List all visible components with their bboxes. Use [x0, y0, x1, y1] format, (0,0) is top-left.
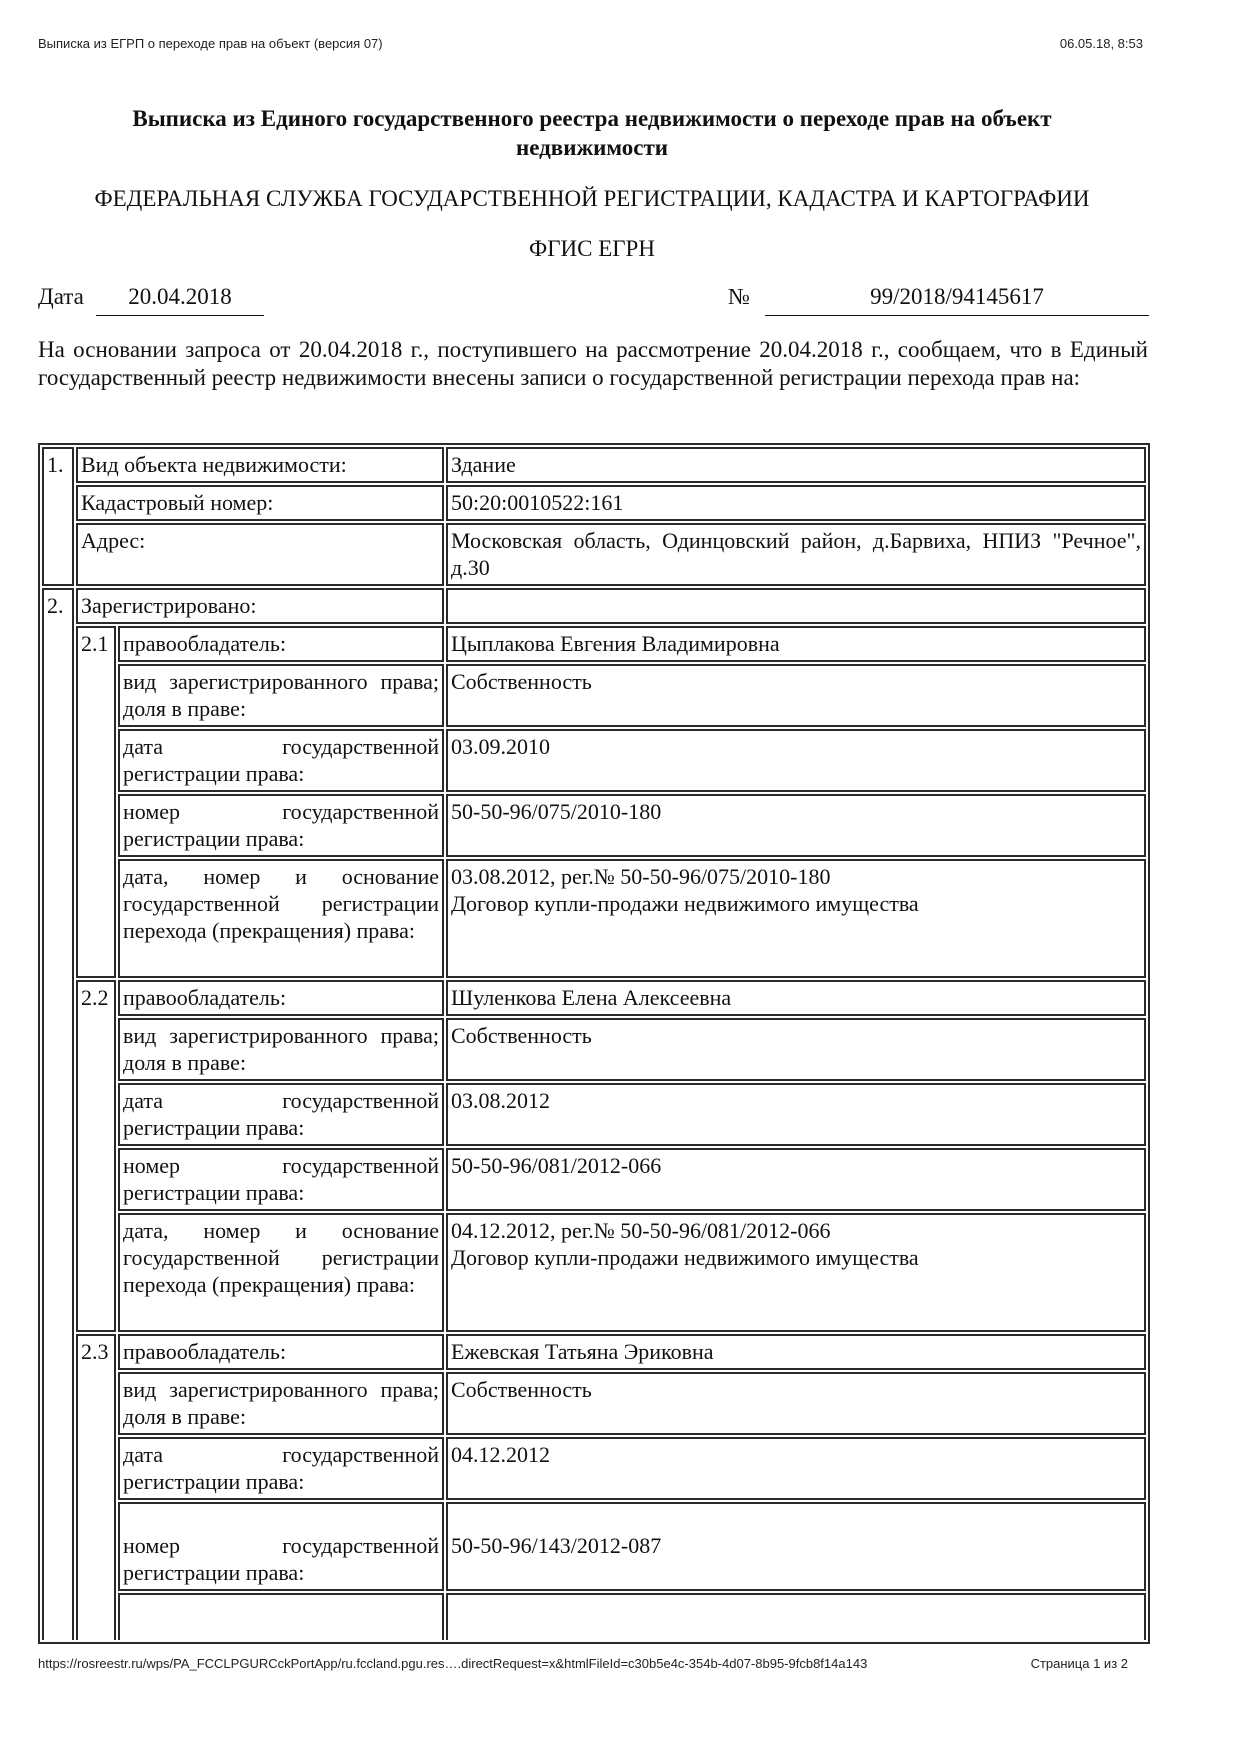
table-row: вид зарегистрированного права; доля в пр…: [42, 664, 1146, 727]
reg-number-label: номер государственной регистрации права:: [118, 794, 444, 857]
holder-number: 2.1: [76, 626, 116, 978]
transfer-basis: Договор купли-продажи недвижимого имущес…: [451, 890, 1141, 917]
holder-label: правообладатель:: [118, 1334, 444, 1370]
table-row: Кадастровый номер: 50:20:0010522:161: [42, 485, 1146, 521]
rights-transfer-table: 1. Вид объекта недвижимости: Здание Када…: [38, 443, 1150, 1644]
table-row: вид зарегистрированного права; доля в пр…: [42, 1372, 1146, 1435]
reg-number-value: 50-50-96/143/2012-087: [446, 1502, 1146, 1591]
transfer-basis: Договор купли-продажи недвижимого имущес…: [451, 1244, 1141, 1271]
document-title: Выписка из Единого государственного реес…: [38, 104, 1146, 162]
holder-number: 2.3: [76, 1334, 116, 1640]
holder-value: Цыплакова Евгения Владимировна: [446, 626, 1146, 662]
page-indicator: Страница 1 из 2: [1031, 1656, 1128, 1671]
holder-label: правообладатель:: [118, 980, 444, 1016]
print-page-title: Выписка из ЕГРП о переходе прав на объек…: [38, 36, 383, 51]
right-type-value: Собственность: [446, 664, 1146, 727]
holder-value: Ежевская Татьяна Эриковна: [446, 1334, 1146, 1370]
row-value: 50:20:0010522:161: [446, 485, 1146, 521]
row-value-continued: [446, 1593, 1146, 1640]
print-url: https://rosreestr.ru/wps/PA_FCCLPGURCckP…: [38, 1656, 867, 1671]
section-number: 1.: [42, 447, 74, 586]
row-label: Адрес:: [76, 523, 444, 586]
table-row: дата государственной регистрации права: …: [42, 729, 1146, 792]
reg-date-value: 03.09.2010: [446, 729, 1146, 792]
reg-date-label: дата государственной регистрации права:: [118, 1083, 444, 1146]
transfer-value: 03.08.2012, рег.№ 50-50-96/075/2010-180 …: [446, 859, 1146, 978]
table-row: номер государственной регистрации права:…: [42, 1502, 1146, 1591]
number-value: 99/2018/94145617: [765, 284, 1149, 316]
row-label: Кадастровый номер:: [76, 485, 444, 521]
reg-date-value: 03.08.2012: [446, 1083, 1146, 1146]
transfer-date-number: 04.12.2012, рег.№ 50-50-96/081/2012-066: [451, 1217, 1141, 1244]
document-meta: Дата 20.04.2018 № 99/2018/94145617: [38, 284, 1146, 316]
table-row: номер государственной регистрации права:…: [42, 1148, 1146, 1211]
table-row: 1. Вид объекта недвижимости: Здание: [42, 447, 1146, 483]
table-row: Адрес: Московская область, Одинцовский р…: [42, 523, 1146, 586]
holder-number: 2.2: [76, 980, 116, 1332]
section-number: 2.: [42, 588, 74, 1640]
transfer-label: дата, номер и основание государственной …: [118, 1213, 444, 1332]
system-name: ФГИС ЕГРН: [38, 236, 1146, 262]
reg-number-value: 50-50-96/081/2012-066: [446, 1148, 1146, 1211]
transfer-label: дата, номер и основание государственной …: [118, 859, 444, 978]
intro-paragraph: На основании запроса от 20.04.2018 г., п…: [38, 336, 1148, 392]
reg-date-label: дата государственной регистрации права:: [118, 729, 444, 792]
right-type-value: Собственность: [446, 1372, 1146, 1435]
table-row: 2. Зарегистрировано:: [42, 588, 1146, 624]
right-type-label: вид зарегистрированного права; доля в пр…: [118, 1018, 444, 1081]
row-value: [446, 588, 1146, 624]
date-label: Дата: [38, 284, 84, 310]
table-row: дата государственной регистрации права: …: [42, 1437, 1146, 1500]
table-row: дата государственной регистрации права: …: [42, 1083, 1146, 1146]
print-timestamp: 06.05.18, 8:53: [1060, 36, 1143, 51]
document-title-line-1: Выписка из Единого государственного реес…: [38, 104, 1146, 133]
row-label: Зарегистрировано:: [76, 588, 444, 624]
row-label: Вид объекта недвижимости:: [76, 447, 444, 483]
table-row: дата, номер и основание государственной …: [42, 1213, 1146, 1332]
transfer-date-number: 03.08.2012, рег.№ 50-50-96/075/2010-180: [451, 863, 1141, 890]
reg-date-label: дата государственной регистрации права:: [118, 1437, 444, 1500]
document-title-line-2: недвижимости: [38, 133, 1146, 162]
holder-label: правообладатель:: [118, 626, 444, 662]
transfer-value: 04.12.2012, рег.№ 50-50-96/081/2012-066 …: [446, 1213, 1146, 1332]
reg-date-value: 04.12.2012: [446, 1437, 1146, 1500]
table-row: дата, номер и основание государственной …: [42, 859, 1146, 978]
row-value: Московская область, Одинцовский район, д…: [446, 523, 1146, 586]
table-row: 2.2 правообладатель: Шуленкова Елена Але…: [42, 980, 1146, 1016]
right-type-label: вид зарегистрированного права; доля в пр…: [118, 1372, 444, 1435]
row-label-continued: [118, 1593, 444, 1640]
table-row: номер государственной регистрации права:…: [42, 794, 1146, 857]
row-value: Здание: [446, 447, 1146, 483]
table-row: 2.1 правообладатель: Цыплакова Евгения В…: [42, 626, 1146, 662]
table-row: 2.3 правообладатель: Ежевская Татьяна Эр…: [42, 1334, 1146, 1370]
reg-number-value: 50-50-96/075/2010-180: [446, 794, 1146, 857]
reg-number-label: номер государственной регистрации права:: [118, 1148, 444, 1211]
table-row-continued: [42, 1593, 1146, 1640]
agency-name: ФЕДЕРАЛЬНАЯ СЛУЖБА ГОСУДАРСТВЕННОЙ РЕГИС…: [38, 186, 1146, 212]
reg-number-label: номер государственной регистрации права:: [118, 1502, 444, 1591]
right-type-value: Собственность: [446, 1018, 1146, 1081]
number-label: №: [728, 284, 750, 310]
right-type-label: вид зарегистрированного права; доля в пр…: [118, 664, 444, 727]
holder-value: Шуленкова Елена Алексеевна: [446, 980, 1146, 1016]
date-value: 20.04.2018: [96, 284, 264, 316]
table-row: вид зарегистрированного права; доля в пр…: [42, 1018, 1146, 1081]
